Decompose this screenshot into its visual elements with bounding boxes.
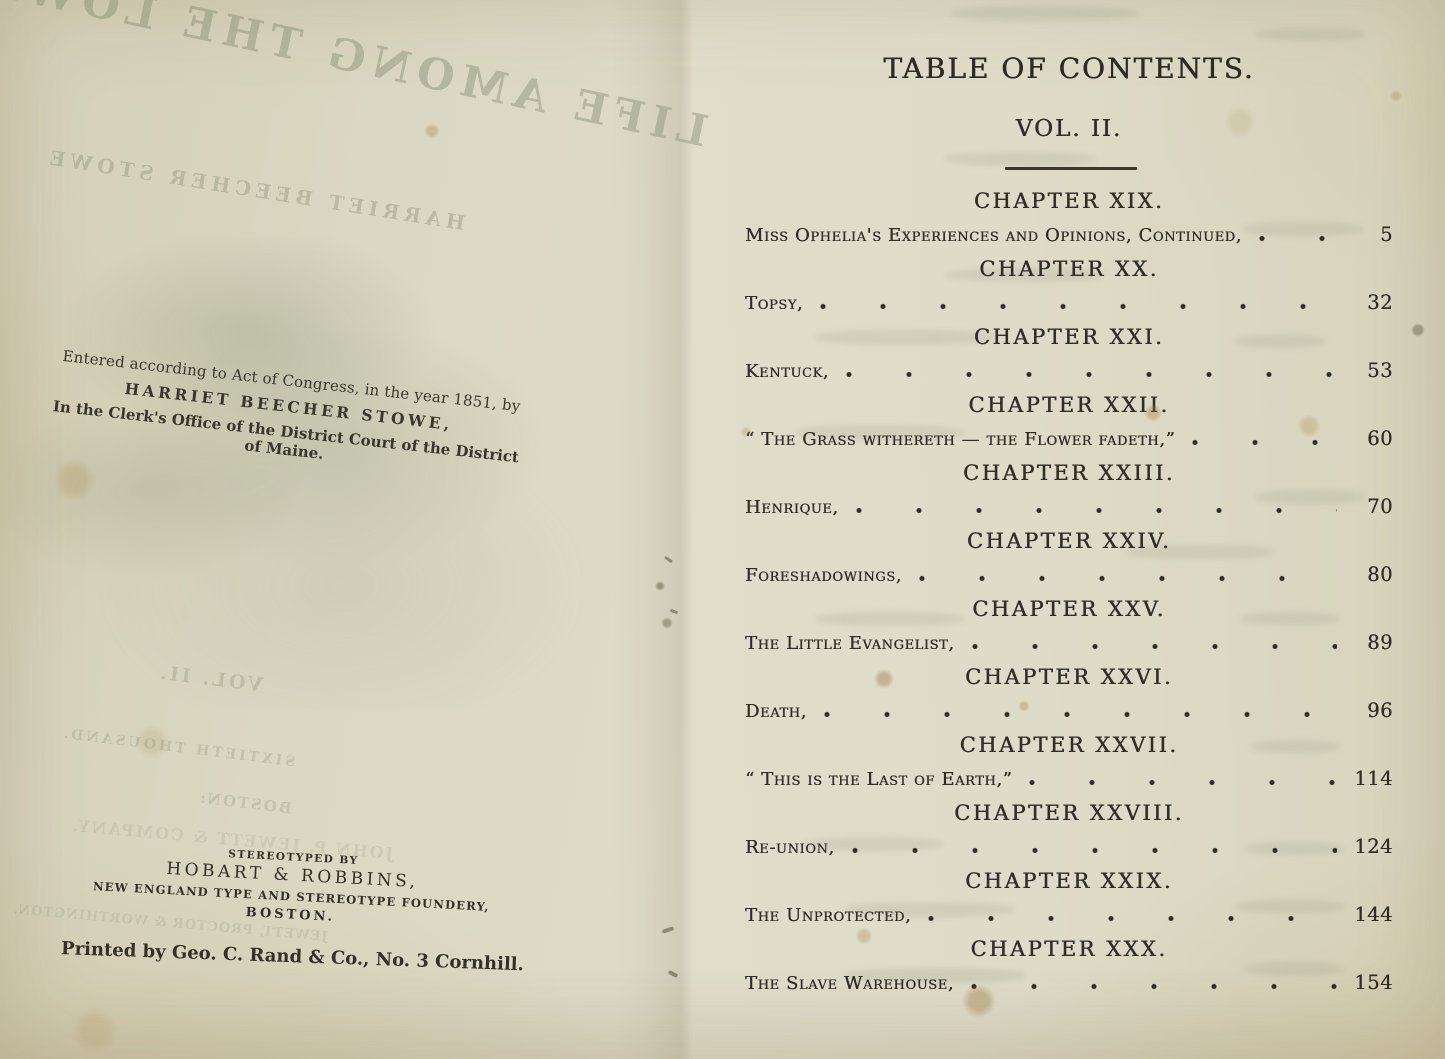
chapter-heading: CHAPTER XXIX.: [745, 867, 1393, 895]
dot-leader: [1258, 234, 1337, 243]
chapter-page-number: 5: [1347, 220, 1393, 250]
chapter-title: “ This is the Last of Earth,”: [745, 765, 1012, 795]
showthrough-smudge: [1255, 28, 1365, 41]
chapter-heading: CHAPTER XXIII.: [745, 459, 1393, 487]
chapter-title: “ The Grass withereth — the Flower fadet…: [745, 425, 1175, 455]
chapter-title: The Little Evangelist,: [745, 629, 955, 659]
toc-chapter-block: CHAPTER XXVII. “ This is the Last of Ear…: [745, 731, 1393, 799]
chapter-page-number: 80: [1347, 560, 1393, 590]
chapter-entry-line: Re-union, 124: [745, 832, 1393, 863]
chapter-heading: CHAPTER XIX.: [745, 187, 1393, 215]
chapter-heading: CHAPTER XXIV.: [745, 527, 1393, 555]
dot-leader: [1191, 438, 1337, 447]
open-book-photo: LIFE AMONG THE LOWLY. HARRIET BEECHER ST…: [0, 0, 1445, 1059]
dot-leader: [855, 506, 1337, 515]
dot-leader: [970, 982, 1337, 991]
showthrough-smudge: [950, 6, 1140, 21]
chapter-title: The Slave Warehouse,: [745, 969, 954, 999]
chapter-page-number: 96: [1347, 696, 1393, 726]
chapter-title: Kentuck,: [745, 357, 829, 387]
toc-chapter-block: CHAPTER XX. Topsy, 32: [745, 255, 1393, 323]
toc-volume-label: VOL. II.: [745, 116, 1393, 142]
showthrough-book-title: LIFE AMONG THE LOWLY.: [0, 0, 712, 157]
chapter-title: Re-union,: [745, 833, 835, 863]
chapter-entry-line: Miss Ophelia's Experiences and Opinions,…: [745, 220, 1393, 251]
chapter-heading: CHAPTER XXI.: [745, 323, 1393, 351]
chapter-entry-line: “ The Grass withereth — the Flower fadet…: [745, 424, 1393, 455]
dot-leader: [927, 914, 1337, 923]
showthrough-edition: SIXTIETH THOUSAND.: [0, 717, 368, 779]
chapter-entry-line: Kentuck, 53: [745, 356, 1393, 387]
chapter-heading: CHAPTER XXVII.: [745, 731, 1393, 759]
chapter-entry-line: The Little Evangelist, 89: [745, 628, 1393, 659]
dot-leader: [819, 302, 1337, 311]
showthrough-smudge: [945, 152, 1095, 166]
chapter-entry-line: “ This is the Last of Earth,” 114: [745, 764, 1393, 795]
stereotyper-block: STEREOTYPED BY HOBART & ROBBINS, NEW ENG…: [88, 841, 495, 933]
dot-leader: [845, 370, 1337, 379]
toc-chapter-block: CHAPTER XXVI. Death, 96: [745, 663, 1393, 731]
chapter-heading: CHAPTER XXV.: [745, 595, 1393, 623]
printed-by-line: Printed by Geo. C. Rand & Co., No. 3 Cor…: [57, 938, 527, 975]
chapter-page-number: 53: [1347, 356, 1393, 386]
chapter-page-number: 32: [1347, 288, 1393, 318]
dot-leader: [851, 846, 1337, 855]
chapter-title: Henrique,: [745, 493, 839, 523]
showthrough-volume: VOL. II.: [95, 654, 326, 704]
chapter-title: The Unprotected,: [745, 901, 911, 931]
chapter-entry-line: Henrique, 70: [745, 492, 1393, 523]
toc-chapter-block: CHAPTER XXII. “ The Grass withereth — th…: [745, 391, 1393, 459]
chapter-page-number: 60: [1347, 424, 1393, 454]
chapter-page-number: 114: [1347, 764, 1393, 794]
chapter-title: Topsy,: [745, 289, 803, 319]
dot-leader: [1028, 778, 1337, 787]
chapter-title: Miss Ophelia's Experiences and Opinions,…: [745, 221, 1242, 251]
chapter-heading: CHAPTER XXX.: [745, 935, 1393, 963]
chapter-page-number: 124: [1347, 832, 1393, 862]
dot-leader: [971, 642, 1337, 651]
chapter-entry-line: Topsy, 32: [745, 288, 1393, 319]
chapter-title: Death,: [745, 697, 807, 727]
showthrough-author: HARRIET BEECHER STOWE: [16, 141, 494, 240]
chapter-title: Foreshadowings,: [745, 561, 902, 591]
dot-leader: [823, 710, 1337, 719]
showthrough-city: BOSTON:: [160, 784, 331, 823]
toc-title: TABLE OF CONTENTS.: [745, 52, 1393, 85]
left-page: LIFE AMONG THE LOWLY. HARRIET BEECHER ST…: [0, 0, 695, 1059]
chapter-heading: CHAPTER XXVIII.: [745, 799, 1393, 827]
toc-entries: CHAPTER XIX. Miss Ophelia's Experiences …: [745, 187, 1393, 1003]
copyright-block: Entered according to Act of Congress, in…: [46, 346, 529, 485]
toc-chapter-block: CHAPTER XIX. Miss Ophelia's Experiences …: [745, 187, 1393, 255]
chapter-page-number: 154: [1347, 968, 1393, 998]
chapter-heading: CHAPTER XXII.: [745, 391, 1393, 419]
toc-chapter-block: CHAPTER XXI. Kentuck, 53: [745, 323, 1393, 391]
divider-rule: [1005, 167, 1137, 170]
chapter-entry-line: Foreshadowings, 80: [745, 560, 1393, 591]
chapter-entry-line: The Unprotected, 144: [745, 900, 1393, 931]
toc-chapter-block: CHAPTER XXVIII. Re-union, 124: [745, 799, 1393, 867]
chapter-page-number: 89: [1347, 628, 1393, 658]
chapter-entry-line: The Slave Warehouse, 154: [745, 968, 1393, 999]
chapter-entry-line: Death, 96: [745, 696, 1393, 727]
toc-chapter-block: CHAPTER XXX. The Slave Warehouse, 154: [745, 935, 1393, 1003]
chapter-page-number: 144: [1347, 900, 1393, 930]
right-page: TABLE OF CONTENTS. VOL. II. CHAPTER XIX.…: [695, 0, 1445, 1059]
dot-leader: [918, 574, 1337, 583]
chapter-page-number: 70: [1347, 492, 1393, 522]
toc-chapter-block: CHAPTER XXIII. Henrique, 70: [745, 459, 1393, 527]
toc-chapter-block: CHAPTER XXIX. The Unprotected, 144: [745, 867, 1393, 935]
chapter-heading: CHAPTER XXVI.: [745, 663, 1393, 691]
toc-chapter-block: CHAPTER XXIV. Foreshadowings, 80: [745, 527, 1393, 595]
toc-chapter-block: CHAPTER XXV. The Little Evangelist, 89: [745, 595, 1393, 663]
chapter-heading: CHAPTER XX.: [745, 255, 1393, 283]
